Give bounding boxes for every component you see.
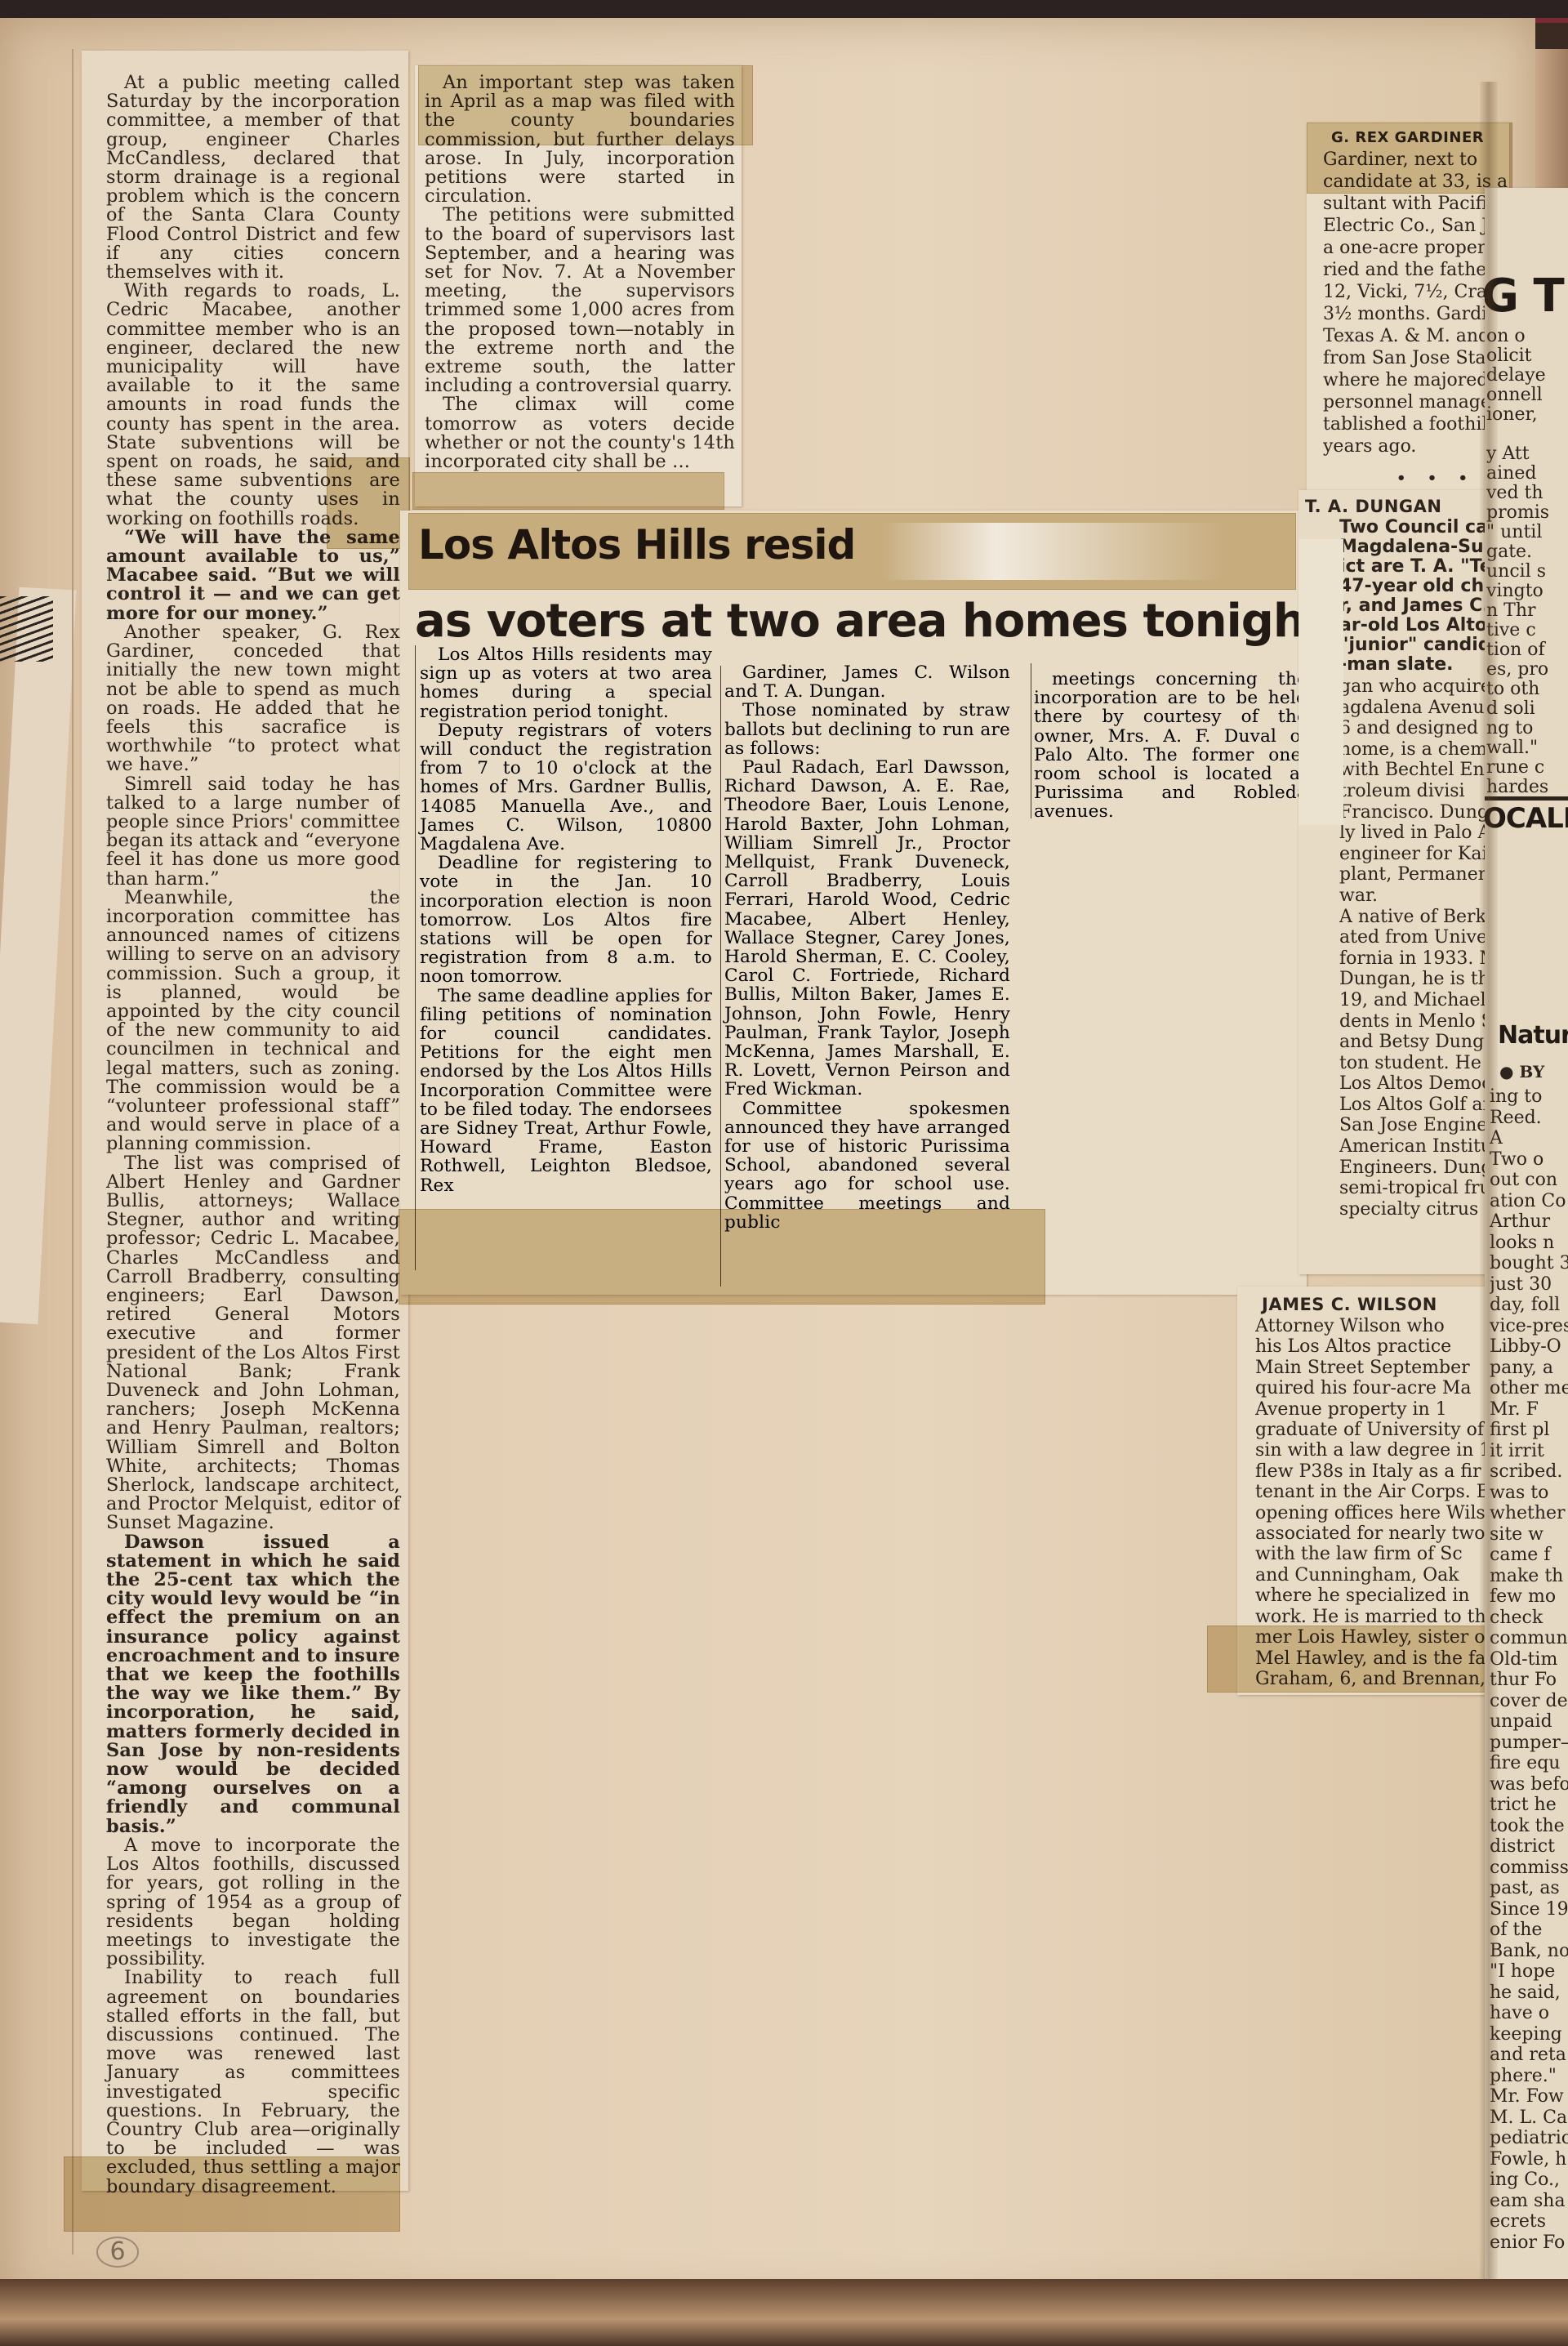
dungan-overlap-strip [1298,539,1343,825]
text-line: came f [1490,1545,1568,1566]
paragraph: Deputy registrars of voters will conduct… [420,721,712,854]
text-line: Bank, no [1490,1941,1568,1962]
text-line: past, as [1490,1878,1568,1899]
right-edge-text-bottom: ing toReed.ATwo oout conation CoArthurlo… [1490,1086,1568,2253]
paragraph: Those nominated by straw ballots but dec… [724,701,1010,758]
paragraph: The petitions were submitted to the boar… [425,206,735,395]
text-line: commun [1490,1628,1568,1649]
right-column-title: Natur [1498,1021,1568,1050]
right-byline: ● BY [1499,1062,1544,1082]
text-line: opening offices here Wils [1255,1503,1490,1523]
article-column-1: Los Altos Hills residents may sign up as… [420,645,712,1195]
text-line: semi-tropical fruit trees [1339,1178,1503,1199]
text-line: thur Fo [1490,1670,1568,1691]
text-line: bought 3 [1490,1253,1568,1274]
text-line: district [1490,1836,1568,1858]
text-line: scribed. [1490,1461,1568,1483]
text-line: Old-tim [1490,1649,1568,1670]
text-line: war. [1339,885,1503,907]
text-line: took the [1490,1816,1568,1837]
page-number: 6 [96,2237,139,2268]
text-line: Libby-O [1490,1336,1568,1358]
text-line: trict he [1490,1795,1568,1816]
text-line: pany, a [1490,1358,1568,1379]
left-column-clipping: At a public meeting called Saturday by t… [82,51,408,2191]
text-line: few mo [1490,1586,1568,1608]
text-line: ict are T. A. "Ted" [1339,557,1503,577]
text-line: eam sha [1490,2191,1568,2212]
text-line: Mr. Fow [1490,2086,1568,2107]
paragraph: Another speaker, G. Rex Gardiner, conced… [106,623,400,775]
text-line: Attorney Wilson who [1255,1316,1490,1336]
wilson-heading: JAMES C. WILSON [1262,1295,1437,1314]
text-line: M. L. Ca [1490,2107,1568,2129]
text-line: San Jose Engineers Cl [1339,1115,1503,1136]
text-line: ation Co [1490,1191,1568,1212]
tape-left-bottom [64,2156,400,2232]
text-line: Los Altos Golf and Count [1339,1095,1503,1116]
page-bottom-edge [0,2279,1568,2346]
text-line: was befo [1490,1774,1568,1795]
text-line: 19, and Michael, 15, bo [1339,990,1503,1011]
text-line: he said, [1490,1983,1568,2004]
right-fold-shadow [1480,82,1498,2304]
text-line: graduate of University of W [1255,1420,1490,1440]
text-line: fornia in 1933. Married t [1339,948,1503,970]
text-line: Avenue property in 1 [1255,1399,1490,1420]
text-line: fire equ [1490,1753,1568,1774]
paragraph: The climax will come tomorrow as voters … [425,395,735,471]
article-rule-left [415,645,416,1270]
text-line: Magdalena-Summe [1339,537,1503,557]
tape-wilson-bottom [1207,1626,1499,1693]
text-line: with Bechtel Eng [1339,760,1503,781]
text-line: phere." [1490,2066,1568,2087]
text-line: unpaid [1490,1711,1568,1733]
text-line: Los Altos Democratic [1339,1073,1503,1095]
text-line: it irrit [1490,1441,1568,1462]
text-line: Two Council candid [1339,518,1503,537]
text-line: sin with a law degree in 1 [1255,1440,1490,1461]
text-line: ated from University o [1339,927,1503,948]
text-line: whether [1490,1503,1568,1524]
text-line: of the [1490,1920,1568,1941]
text-line: engineer for Kaiser's ma [1339,844,1503,865]
headline-line-2: as voters at two area homes tonight [415,595,1326,648]
paragraph: Dawson issued a statement in which he sa… [106,1533,400,1836]
dungan-text: gan who acquiredagdalena Avenue6 and des… [1339,676,1503,1220]
text-line: Fowle, h [1490,2149,1568,2170]
article-rule-1 [720,666,721,1287]
text-line: and Cunningham, Oak [1255,1565,1490,1586]
text-line: Two o [1490,1149,1568,1171]
paragraph: The same deadline applies for filing pet… [420,987,712,1195]
text-line: Main Street September [1255,1358,1490,1378]
text-line: ly lived in Palo Alto, was [1339,823,1503,844]
text-line: Francisco. Dungan, who [1339,802,1503,823]
text-line: cover de [1490,1691,1568,1712]
text-line: Engineers. Dungan's h [1339,1157,1503,1179]
text-line: commissi [1490,1858,1568,1879]
text-line: and reta [1490,2045,1568,2066]
text-line: day, foll [1490,1295,1568,1316]
text-line: r, and James C. W [1339,596,1503,616]
text-line: was to [1490,1483,1568,1504]
text-line: agdalena Avenue [1339,698,1503,719]
text-line: troleum divisi [1339,781,1503,802]
text-line: vice-pres [1490,1316,1568,1337]
paragraph: Deadline for registering to vote in the … [420,854,712,986]
text-line: specialty citrus orchard. [1339,1199,1503,1220]
text-line: Arthur [1490,1211,1568,1233]
text-line: pumper— [1490,1733,1568,1754]
left-edge-stripes [0,596,53,662]
text-line: Mr. F [1490,1399,1568,1421]
text-line: gan who acquired [1339,676,1503,698]
text-line: site w [1490,1524,1568,1545]
paragraph: At a public meeting called Saturday by t… [106,74,400,282]
text-line: ing to [1490,1086,1568,1108]
text-line: other me [1490,1378,1568,1399]
text-line: home, is a chem [1339,739,1503,760]
text-line: -man slate. [1339,655,1503,675]
paragraph: Paul Radach, Earl Dawsson, Richard Dawso… [724,758,1010,1099]
text-line: "I hope [1490,1961,1568,1983]
text-line: ton student. He is a me [1339,1053,1503,1074]
text-line: quired his four-acre Ma [1255,1378,1490,1398]
text-line: enior Fo [1490,2232,1568,2254]
text-line: ecrets [1490,2211,1568,2232]
text-line: 6 and designed h [1339,718,1503,739]
text-line: dents in Menlo School f [1339,1011,1503,1033]
article-rule-2 [1031,663,1031,818]
paragraph: A move to incorporate the Los Altos foot… [106,1836,400,1969]
text-line: first pl [1490,1420,1568,1441]
text-line: A native of Berkeley, he [1339,907,1503,928]
dungan-intro-text: Two Council candidMagdalena-Summeict are… [1339,518,1503,675]
text-line: ing Co., [1490,2170,1568,2191]
text-line: just 30 [1490,1274,1568,1296]
text-line: Since 192 [1490,1899,1568,1920]
paragraph: Meanwhile, the incorporation committee h… [106,889,400,1154]
text-line: Reed. [1490,1108,1568,1129]
text-line: associated for nearly two [1255,1523,1490,1544]
paragraph: Simrell said today he has talked to a la… [106,775,400,889]
gardiner-separator: • • • [1396,470,1468,487]
tape-second-top [418,65,753,145]
dungan-heading: T. A. DUNGAN [1305,497,1441,516]
text-line: 47-year old chemic [1339,577,1503,596]
text-line: out con [1490,1170,1568,1191]
article-column-3: meetings concerning the incorporation ar… [1034,670,1307,822]
text-line: ar-old Los Altos at [1339,616,1503,636]
paragraph: meetings concerning the incorporation ar… [1034,670,1307,822]
paragraph: The list was comprised of Albert Henley … [106,1154,400,1533]
tape-left-mid [327,457,410,549]
text-line: American Institute of [1339,1136,1503,1157]
text-line: make th [1490,1566,1568,1587]
paragraph: Los Altos Hills residents may sign up as… [420,645,712,721]
headline-glare [882,523,1225,580]
left-rule [72,49,73,2255]
text-line: keeping [1490,2024,1568,2045]
text-line: check [1490,1608,1568,1629]
text-line: "junior" candidate [1339,636,1503,655]
text-line: with the law firm of Sc [1255,1544,1490,1564]
text-line: looks n [1490,1233,1568,1254]
left-column-text: At a public meeting called Saturday by t… [106,74,400,2197]
text-line: Dungan, he is the father [1339,969,1503,990]
text-line: his Los Altos practice [1255,1336,1490,1357]
tape-article-bottom [399,1209,1045,1305]
text-line: flew P38s in Italy as a fir [1255,1461,1490,1482]
text-line: where he specialized in [1255,1586,1490,1606]
article-column-2: Gardiner, James C. Wilson and T. A. Dung… [724,663,1010,1232]
text-line: tenant in the Air Corps. B [1255,1482,1490,1502]
tape-second-bottom [412,472,724,510]
text-line: and Betsy Dungan, 12, [1339,1032,1503,1053]
text-line: A [1490,1128,1568,1149]
paragraph: Gardiner, James C. Wilson and T. A. Dung… [724,663,1010,701]
text-line: plant, Permanente, dur [1339,864,1503,885]
text-line: pediatric [1490,2128,1568,2149]
text-line: have o [1490,2003,1568,2024]
text-line: work. He is married to th [1255,1607,1490,1627]
